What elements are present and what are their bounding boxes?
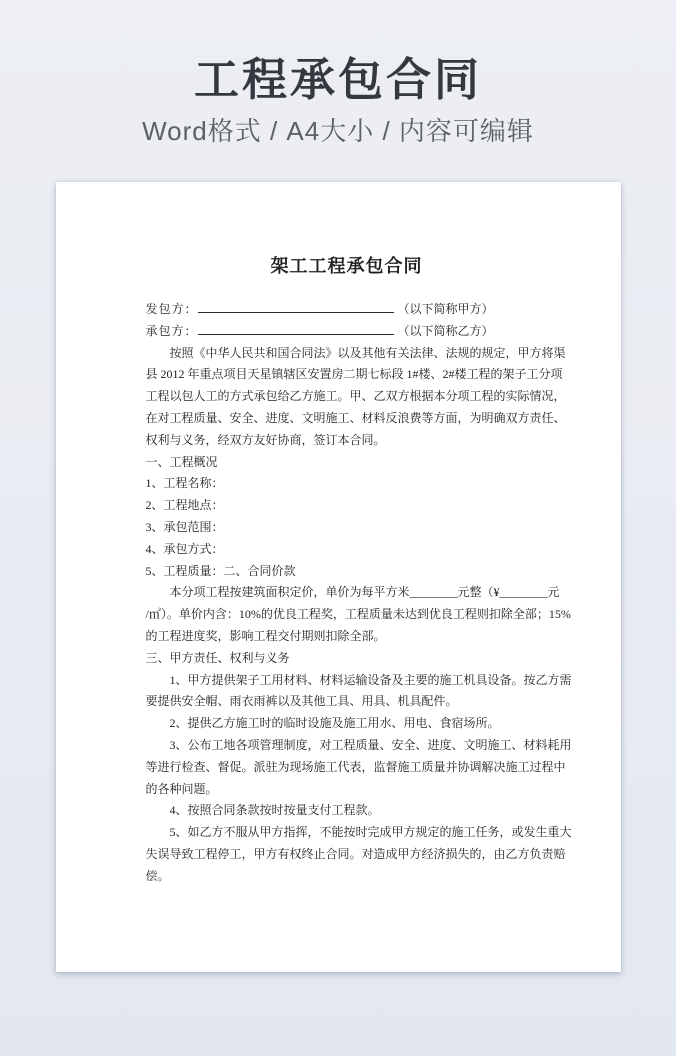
- doc-line: 一、工程概况: [146, 452, 549, 474]
- doc-line: 1、工程名称：: [146, 473, 549, 495]
- party-b-label: 承包方：: [146, 324, 198, 338]
- doc-line: 在对工程质量、安全、进度、文明施工、材料反浪费等方面，为明确双方责任、: [146, 408, 549, 430]
- party-a-note: （以下简称甲方）: [398, 302, 494, 316]
- template-title: 工程承包合同: [0, 54, 676, 106]
- party-a-row: 发包方：（以下简称甲方）: [146, 299, 549, 321]
- header-banner: 工程承包合同 Word格式 / A4大小 / 内容可编辑: [0, 0, 676, 147]
- document-title: 架工工程承包合同: [146, 253, 548, 279]
- party-b-note: （以下简称乙方）: [398, 324, 494, 338]
- doc-line: 2、工程地点：: [146, 495, 549, 517]
- doc-line: 1、甲方提供架子工用材料、材料运输设备及主要的施工机具设备。按乙方需: [146, 670, 549, 692]
- document-body: 发包方：（以下简称甲方） 承包方：（以下简称乙方） 按照《中华人民共和国合同法》…: [146, 299, 549, 888]
- doc-line: 失误导致工程停工，甲方有权终止合同。对造成甲方经济损失的，由乙方负责赔: [146, 844, 549, 866]
- doc-line: 偿。: [146, 866, 549, 888]
- doc-line: 的工程进度奖，影响工程交付期则扣除全部。: [146, 626, 549, 648]
- doc-line: 5、如乙方不服从甲方指挥，不能按时完成甲方规定的施工任务，或发生重大: [146, 822, 549, 844]
- doc-line: 2、提供乙方施工时的临时设施及施工用水、用电、食宿场所。: [146, 713, 549, 735]
- document-page: 架工工程承包合同 发包方：（以下简称甲方） 承包方：（以下简称乙方） 按照《中华…: [56, 182, 621, 972]
- doc-line: 4、按照合同条款按时按量支付工程款。: [146, 800, 549, 822]
- doc-line: 3、承包范围：: [146, 517, 549, 539]
- template-subtitle: Word格式 / A4大小 / 内容可编辑: [0, 115, 676, 147]
- party-b-blank-field: [198, 322, 394, 335]
- party-a-label: 发包方：: [146, 302, 198, 316]
- doc-line: 要提供安全帽、雨衣雨裤以及其他工具、用具、机具配件。: [146, 691, 549, 713]
- doc-line: 县 2012 年重点项目天星镇辖区安置房二期七标段 1#楼、2#楼工程的架子工分…: [146, 364, 549, 386]
- doc-line: /㎡）。单价内含：10%的优良工程奖，工程质量未达到优良工程则扣除全部；15%: [146, 604, 549, 626]
- doc-line: 3、公布工地各项管理制度，对工程质量、安全、进度、文明施工、材料耗用: [146, 735, 549, 757]
- doc-line: 工程以包人工的方式承包给乙方施工。甲、乙双方根据本分项工程的实际情况，: [146, 386, 549, 408]
- doc-line: 按照《中华人民共和国合同法》以及其他有关法律、法规的规定，甲方将渠: [146, 343, 549, 365]
- party-a-blank-field: [198, 300, 394, 313]
- doc-line: 权利与义务，经双方友好协商，签订本合同。: [146, 430, 549, 452]
- doc-line: 4、承包方式：: [146, 539, 549, 561]
- contract-text: 按照《中华人民共和国合同法》以及其他有关法律、法规的规定，甲方将渠县 2012 …: [146, 343, 549, 888]
- doc-line: 等进行检查、督促。派驻为现场施工代表，监督施工质量并协调解决施工过程中: [146, 757, 549, 779]
- doc-line: 三、甲方责任、权利与义务: [146, 648, 549, 670]
- doc-line: 的各种问题。: [146, 779, 549, 801]
- party-b-row: 承包方：（以下简称乙方）: [146, 321, 549, 343]
- doc-line: 本分项工程按建筑面积定价，单价为每平方米________元整（¥________…: [146, 582, 549, 604]
- doc-line: 5、工程质量：二、合同价款: [146, 561, 549, 583]
